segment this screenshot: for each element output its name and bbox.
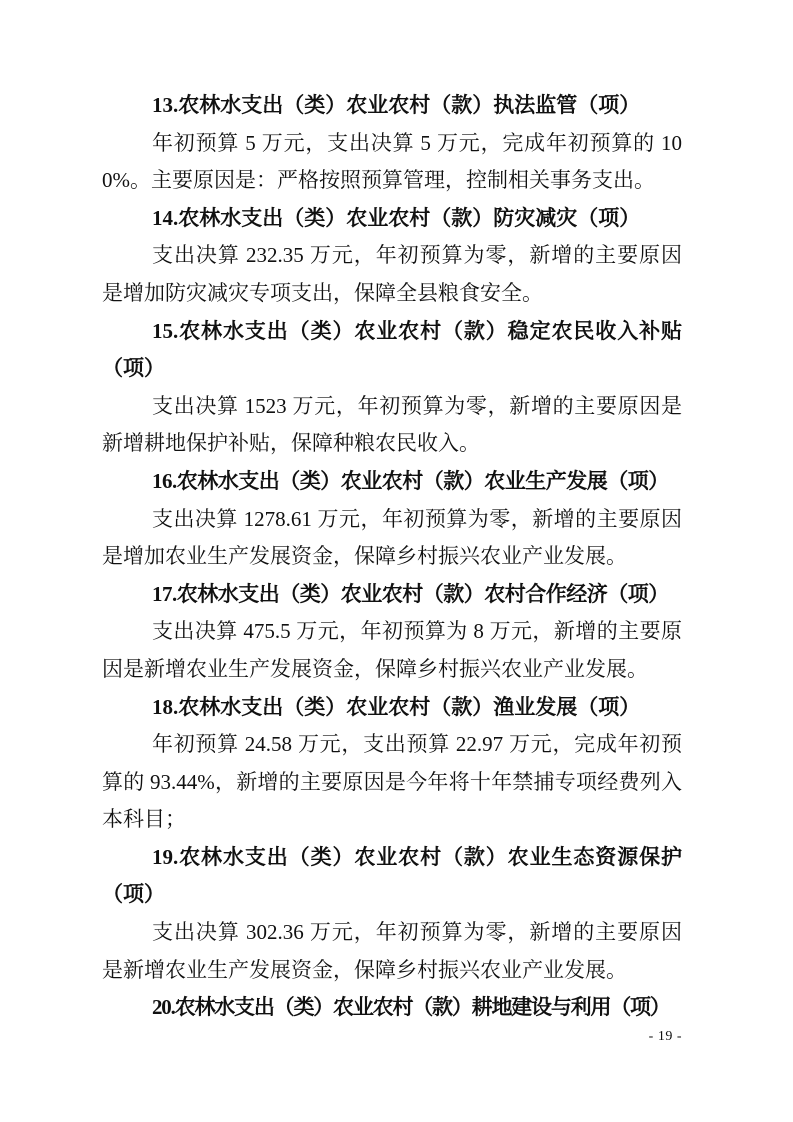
section-heading-16: 16.农林水支出（类）农业农村（款）农业生产发展（项） [102,463,682,501]
section-body-19: 支出决算 302.36 万元，年初预算为零，新增的主要原因是新增农业生产发展资金… [102,914,682,989]
section-heading-20: 20.农林水支出（类）农业农村（款）耕地建设与利用（项） [102,989,682,1027]
section-body-16: 支出决算 1278.61 万元，年初预算为零，新增的主要原因是增加农业生产发展资… [102,501,682,576]
page-number: - 19 - [102,1027,682,1047]
section-heading-15: 15.农林水支出（类）农业农村（款）稳定农民收入补贴（项） [102,313,682,388]
section-heading-18: 18.农林水支出（类）农业农村（款）渔业发展（项） [102,689,682,727]
section-body-13: 年初预算 5 万元，支出决算 5 万元，完成年初预算的 100%。主要原因是：严… [102,125,682,200]
section-heading-14: 14.农林水支出（类）农业农村（款）防灾减灾（项） [102,200,682,238]
section-heading-19: 19.农林水支出（类）农业农村（款）农业生态资源保护（项） [102,839,682,914]
section-body-17: 支出决算 475.5 万元，年初预算为 8 万元，新增的主要原因是新增农业生产发… [102,613,682,688]
section-body-14: 支出决算 232.35 万元，年初预算为零，新增的主要原因是增加防灾减灾专项支出… [102,237,682,312]
document-page: 13.农林水支出（类）农业农村（款）执法监管（项） 年初预算 5 万元，支出决算… [0,0,793,1122]
section-body-15: 支出决算 1523 万元，年初预算为零，新增的主要原因是新增耕地保护补贴，保障种… [102,388,682,463]
section-body-18: 年初预算 24.58 万元，支出预算 22.97 万元，完成年初预算的 93.4… [102,726,682,839]
section-heading-13: 13.农林水支出（类）农业农村（款）执法监管（项） [102,87,682,125]
section-heading-17: 17.农林水支出（类）农业农村（款）农村合作经济（项） [102,576,682,614]
